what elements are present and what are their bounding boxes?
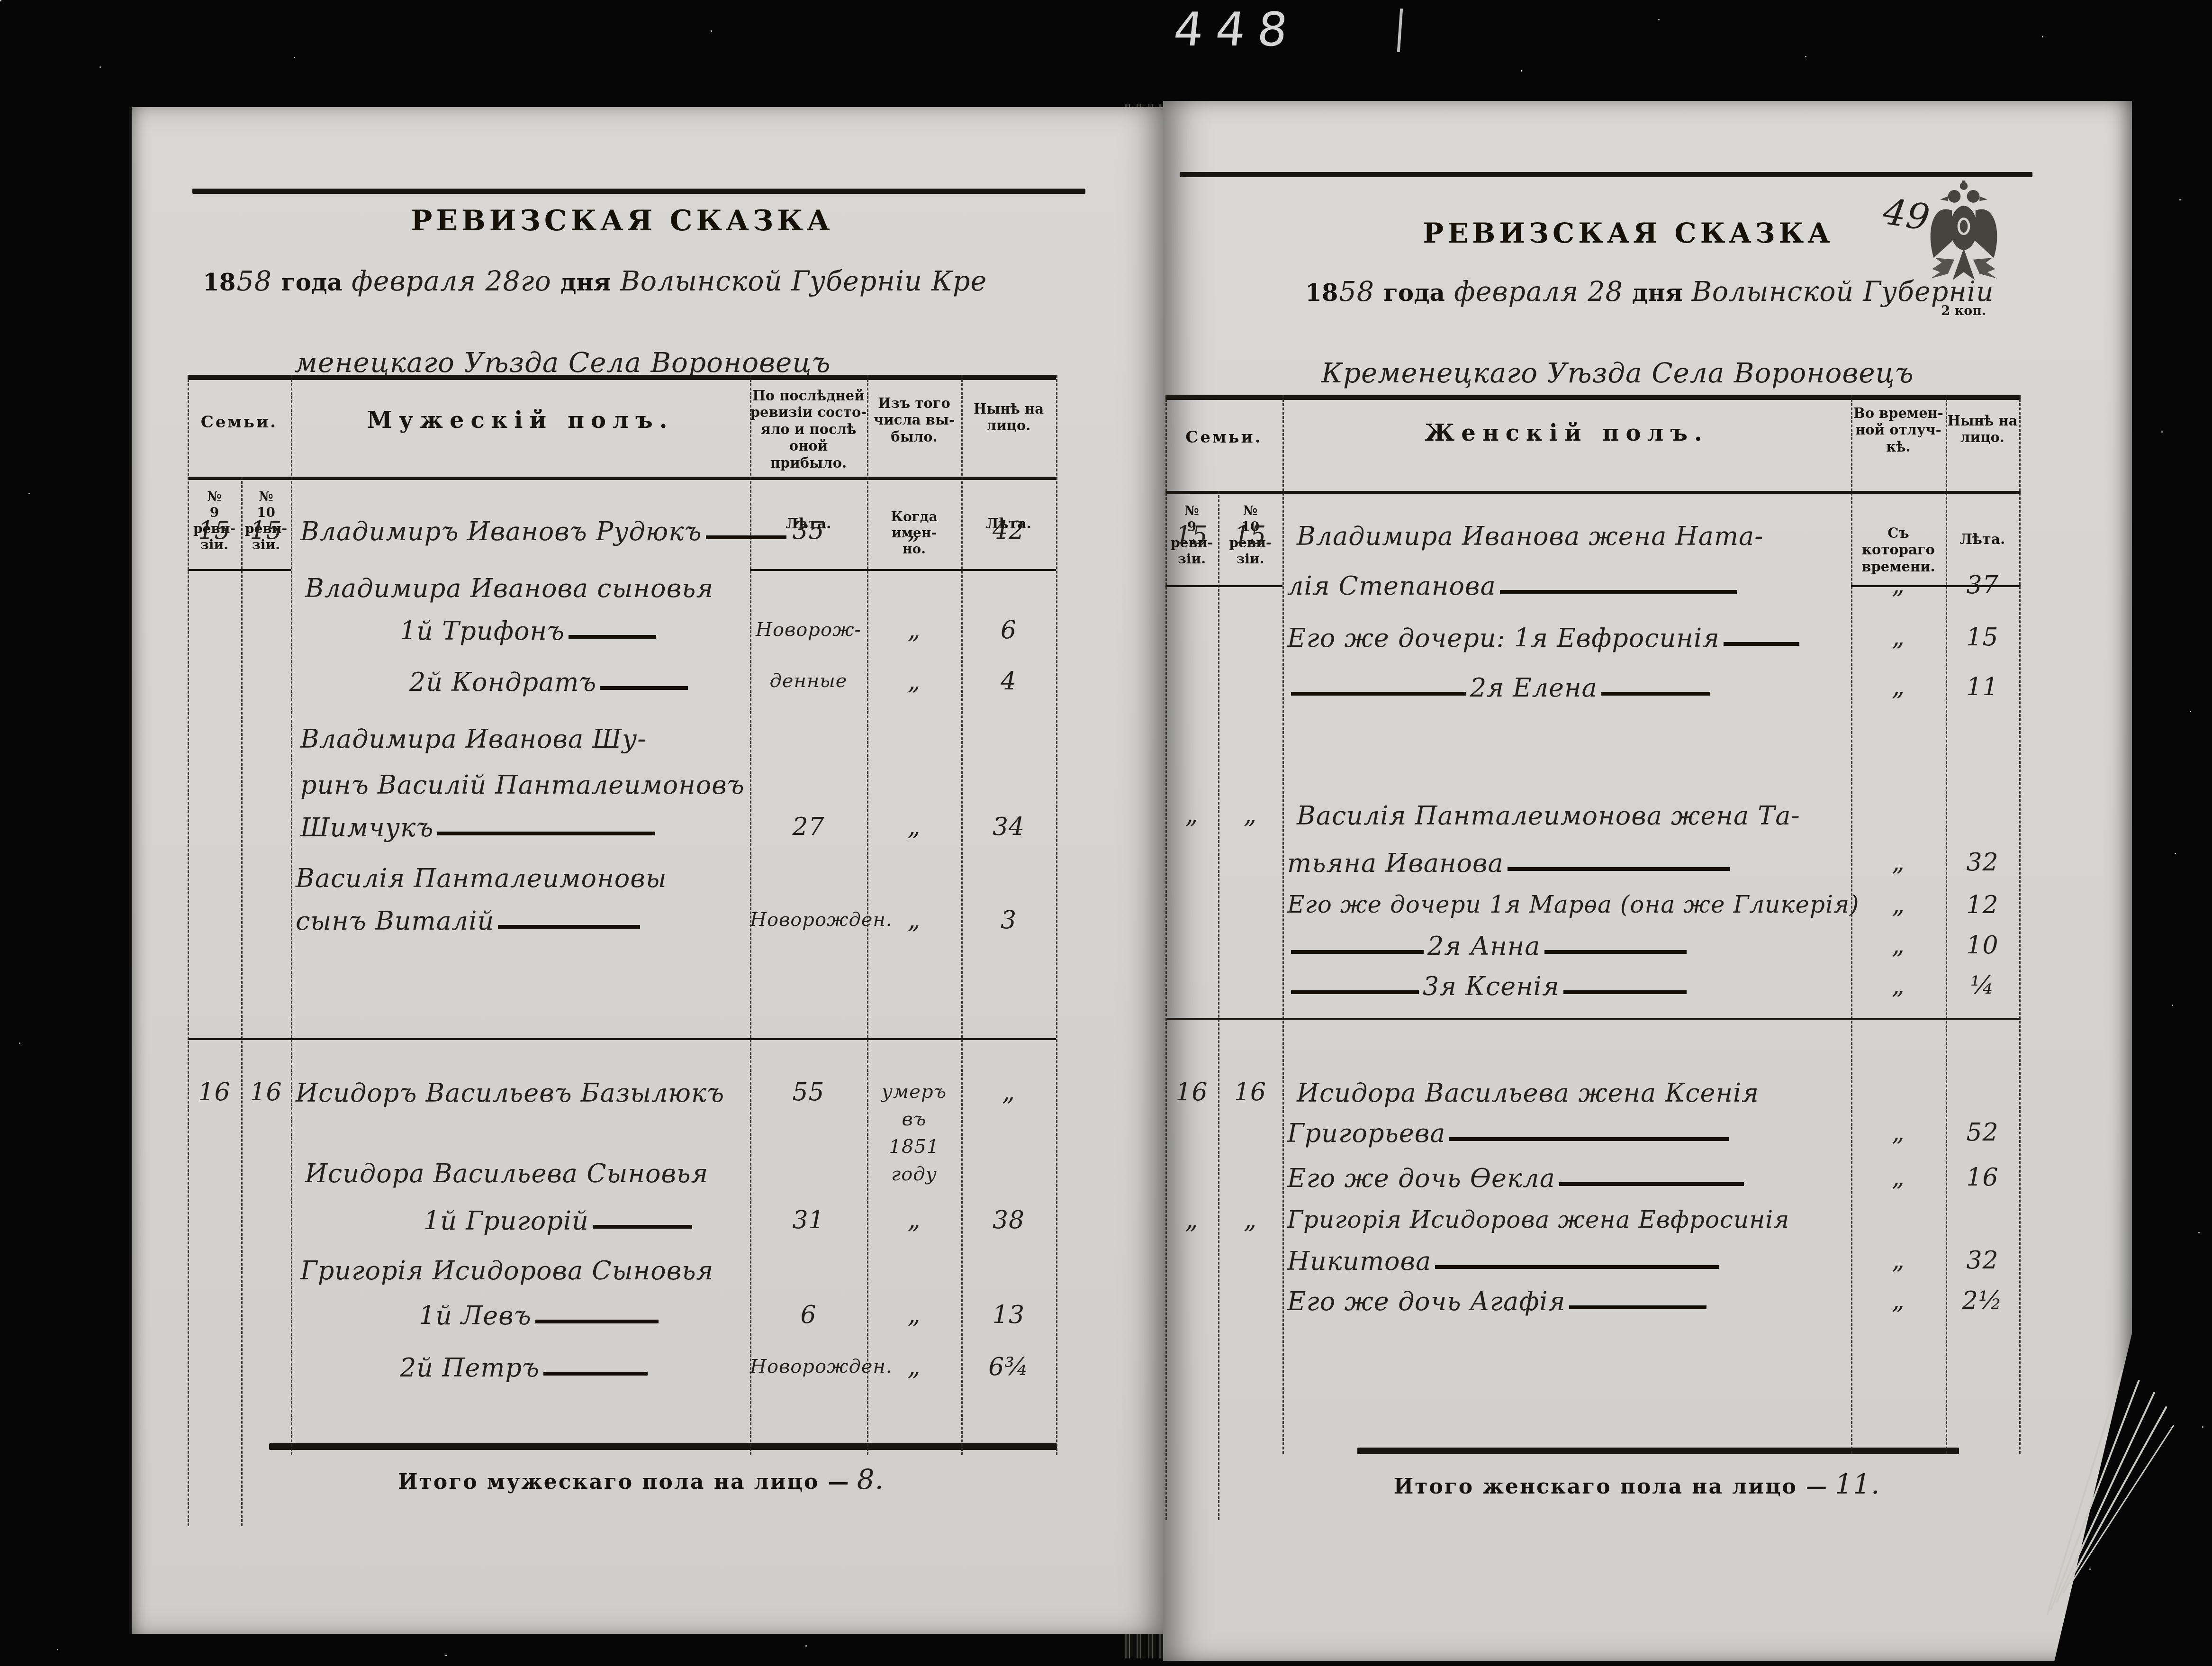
- lead-underline: [1291, 692, 1466, 696]
- age-now: 15: [1946, 623, 2019, 652]
- since-when: „: [1851, 891, 1946, 919]
- entry-text: Исидоръ Васильевъ Базылюкъ: [296, 1078, 724, 1108]
- entry-text: Григорьева: [1287, 1118, 1733, 1148]
- age-now: „: [961, 1078, 1056, 1106]
- handwritten-governorate: Волынской Губерніи Кре: [620, 266, 987, 297]
- handwritten-month-day: февраля 28: [1454, 276, 1623, 308]
- since-when: „: [1851, 623, 1946, 652]
- entry-text: 2й Петръ: [400, 1353, 651, 1383]
- since-when: „: [1851, 571, 1946, 599]
- column-header-last-revision: По послѣдней ревизіи состо- яло и послѣ …: [750, 388, 867, 471]
- printed-word-goda: года: [1383, 279, 1445, 307]
- underline: [437, 832, 655, 835]
- underline: [600, 686, 688, 690]
- underline: [1544, 950, 1687, 954]
- printed-year-prefix: 18: [1305, 279, 1338, 307]
- place-line: менецкаго Уѣзда Села Вороновецъ: [288, 346, 837, 379]
- handwritten-governorate: Волынской Губерніи: [1692, 276, 1994, 308]
- table-top-rule: [188, 375, 1056, 380]
- since-when: „: [1851, 1286, 1946, 1315]
- underline: [1435, 1265, 1719, 1269]
- entry-text: Григорія Исидорова жена Евфросинія: [1287, 1206, 1789, 1233]
- family-number-10th: „: [1218, 1206, 1282, 1234]
- female-total-line: Итого женскаго пола на лицо —11.: [1305, 1468, 1968, 1500]
- left-page-male-register: РЕВИЗСКАЯ СКАЗКА 1858 года февраля 28го …: [129, 107, 1167, 1634]
- entry-text: 2я Анна: [1287, 931, 1690, 961]
- header-bottom-rule-left: [188, 569, 291, 571]
- entry-text: Исидора Васильева жена Ксенія: [1297, 1078, 1759, 1108]
- revision-title: РЕВИЗСКАЯ СКАЗКА: [188, 204, 1057, 237]
- family-number-10th: 15: [241, 516, 291, 545]
- revision-title: РЕВИЗСКАЯ СКАЗКА: [1282, 217, 1974, 249]
- when-departed: „: [867, 813, 961, 841]
- underline: [1508, 867, 1730, 871]
- underline: [498, 925, 640, 929]
- underline: [1500, 590, 1737, 594]
- entry-text: Его же дочери 1я Марѳа (она же Гликерія): [1287, 891, 1860, 918]
- total-label: Итого мужескаго пола на лицо —: [398, 1470, 850, 1494]
- entry-text: Василія Панталеимонова жена Та-: [1297, 801, 1800, 831]
- age-now: 6: [961, 616, 1056, 644]
- entry-text: 1й Григорій: [424, 1206, 696, 1236]
- col-divider-rev9-rev10: [241, 477, 243, 1526]
- date-line: 1858 года февраля 28го дня Волынской Губ…: [203, 266, 993, 297]
- entry-text: Владимира Иванова Шу-: [300, 724, 647, 754]
- entry-text: тьяна Иванова: [1287, 848, 1734, 878]
- column-header-now-present: Нынѣ на лицо.: [961, 401, 1056, 435]
- entry-text: Шимчукъ: [300, 813, 659, 842]
- underline: [1563, 990, 1687, 994]
- entry-text: 2й Кондратъ: [409, 667, 692, 697]
- when-departed: „: [867, 516, 961, 545]
- date-line: 1858 года февраля 28 дня Волынской Губер…: [1305, 276, 2001, 308]
- column-header-families: Семьи.: [188, 413, 291, 432]
- underline: [1569, 1305, 1706, 1309]
- col-divider-names: [291, 375, 292, 1455]
- family-number-9th: 16: [1165, 1078, 1218, 1106]
- age-now: 13: [961, 1301, 1056, 1329]
- entry-text: Его же дочери: 1я Евфросинія: [1287, 623, 1803, 653]
- when-departed: умеръ въ 1851 году: [867, 1078, 961, 1188]
- age-last-revision: Новорожден.: [750, 906, 867, 933]
- place-line: Кременецкаго Уѣзда Села Вороновецъ: [1315, 357, 1921, 389]
- column-header-now-present: Нынѣ на лицо.: [1946, 413, 2019, 446]
- underline: [1559, 1182, 1744, 1186]
- table-border-right: [1056, 375, 1057, 1455]
- entry-text: ринъ Василій Панталеимоновъ: [300, 770, 745, 800]
- header-bottom-rule-left: [1165, 585, 1282, 587]
- age-last-revision: 27: [750, 813, 867, 841]
- total-rule: [269, 1443, 1057, 1450]
- when-departed: „: [867, 1353, 961, 1381]
- male-total-line: Итого мужескаго пола на лицо —8.: [298, 1463, 984, 1495]
- age-now: 38: [961, 1206, 1056, 1234]
- handwritten-year: 58: [1339, 276, 1375, 308]
- entry-text: Никитова: [1287, 1246, 1723, 1276]
- family-number-10th: „: [1218, 801, 1282, 829]
- age-now: 32: [1946, 1246, 2019, 1275]
- column-header-male-sex: Мужескій полъ.: [291, 407, 750, 435]
- when-departed: „: [867, 616, 961, 644]
- handwritten-uyezd-village: Кременецкаго Уѣзда Села Вороновецъ: [1321, 357, 1914, 389]
- since-when: „: [1851, 1163, 1946, 1192]
- underline: [569, 635, 656, 639]
- col-divider-rev9-rev10: [1218, 491, 1219, 1520]
- since-when: „: [1851, 1246, 1946, 1275]
- age-now: 42: [961, 516, 1056, 545]
- entry-text: Владимира Иванова жена Ната-: [1297, 521, 1764, 551]
- film-dust-speckles: [0, 0, 1, 1]
- underline: [543, 1372, 648, 1376]
- underline: [593, 1225, 692, 1229]
- entry-text: Владимира Иванова сыновья: [305, 573, 713, 603]
- age-now: 12: [1946, 891, 2019, 919]
- family-number-9th: „: [1165, 801, 1218, 829]
- entry-text: 1й Трифонъ: [400, 616, 660, 646]
- age-now: 32: [1946, 848, 2019, 877]
- family-divider-rule: [1165, 1018, 2021, 1020]
- age-last-revision: Новорож-: [750, 616, 867, 643]
- since-when: „: [1851, 971, 1946, 1000]
- total-label: Итого женскаго пола на лицо —: [1394, 1475, 1828, 1499]
- total-rule: [1357, 1448, 1959, 1454]
- age-now: 2½: [1946, 1286, 2019, 1315]
- handwritten-month-day: февраля 28го: [352, 266, 551, 297]
- col-divider-names: [1282, 395, 1284, 1454]
- printed-year-prefix: 18: [203, 268, 236, 296]
- when-departed: „: [867, 1301, 961, 1329]
- since-when: „: [1851, 673, 1946, 701]
- age-now: 10: [1946, 931, 2019, 960]
- page-top-border: [1180, 172, 2032, 177]
- underline: [535, 1320, 659, 1323]
- printed-word-dnya: дня: [1632, 279, 1683, 307]
- lead-underline: [1291, 950, 1424, 954]
- underline: [1724, 642, 1799, 646]
- when-departed: „: [867, 1206, 961, 1234]
- total-value: 8.: [857, 1463, 884, 1495]
- table-border-right: [2019, 395, 2021, 1454]
- age-last-revision: 31: [750, 1206, 867, 1234]
- age-now: 11: [1946, 673, 2019, 701]
- age-now: 4: [961, 667, 1056, 696]
- entry-text: Исидора Васильева Сыновья: [305, 1159, 708, 1188]
- entry-text: Владимиръ Ивановъ Рудюкъ: [300, 516, 790, 546]
- entry-text: 1й Левъ: [419, 1301, 662, 1331]
- entry-text: лія Степанова: [1287, 571, 1741, 601]
- age-now: ¼: [1946, 971, 2019, 1000]
- family-number-10th: 16: [1218, 1078, 1282, 1106]
- header-band-separator: [188, 477, 1056, 480]
- age-last-revision: денные: [750, 667, 867, 695]
- age-last-revision: 55: [750, 1078, 867, 1106]
- header-bottom-rule-right: [750, 569, 1056, 571]
- age-now: 34: [961, 813, 1056, 841]
- entry-text: Григорія Исидорова Сыновья: [300, 1256, 713, 1286]
- age-now: 3: [961, 906, 1056, 934]
- family-number-9th: „: [1165, 1206, 1218, 1234]
- age-now: 52: [1946, 1118, 2019, 1147]
- age-last-revision: 6: [750, 1301, 867, 1329]
- age-last-revision: Новорожден.: [750, 1353, 867, 1380]
- page-top-border: [192, 189, 1085, 194]
- entry-text: Его же дочь Агафія: [1287, 1286, 1710, 1316]
- handwritten-uyezd-village: менецкаго Уѣзда Села Вороновецъ: [295, 346, 831, 379]
- underline: [1449, 1137, 1729, 1141]
- family-divider-rule: [188, 1038, 1056, 1040]
- column-header-departed: Изъ того числа вы- было.: [867, 395, 961, 445]
- family-number-10th: 16: [241, 1078, 291, 1106]
- subheader-since-when: Съ котораго времени.: [1851, 525, 1946, 575]
- microfilm-frame-tick: [1397, 9, 1403, 52]
- entry-text: Его же дочь Ѳекла: [1287, 1163, 1748, 1193]
- subheader-years: Лѣта.: [1946, 531, 2019, 549]
- family-number-9th: 16: [188, 1078, 241, 1106]
- entry-text: 2я Елена: [1287, 673, 1714, 703]
- since-when: „: [1851, 931, 1946, 960]
- microfilm-frame-number: 448: [1171, 3, 1302, 57]
- since-when: „: [1851, 1118, 1946, 1147]
- entry-text: 3я Ксенія: [1287, 971, 1690, 1001]
- header-band-separator: [1165, 491, 2021, 494]
- entry-text: сынъ Виталій: [296, 906, 644, 936]
- column-header-female-sex: Женскій полъ.: [1282, 419, 1851, 447]
- age-last-revision: 35: [750, 516, 867, 545]
- lead-underline: [1291, 990, 1419, 994]
- family-number-9th: 15: [1165, 521, 1218, 550]
- family-number-9th: 15: [188, 516, 241, 545]
- family-number-10th: 15: [1218, 521, 1282, 550]
- column-header-families: Семьи.: [1165, 428, 1282, 447]
- age-now: 37: [1946, 571, 2019, 599]
- column-header-temporary-absence: Во времен- ной отлуч- кѣ.: [1851, 405, 1946, 455]
- handwritten-year: 58: [237, 266, 272, 297]
- table-top-rule: [1165, 395, 2021, 400]
- total-value: 11.: [1835, 1468, 1880, 1500]
- underline: [1601, 692, 1710, 696]
- when-departed: „: [867, 906, 961, 934]
- since-when: „: [1851, 848, 1946, 877]
- when-departed: „: [867, 667, 961, 696]
- entry-text: Василія Панталеимоновы: [296, 863, 667, 893]
- printed-word-goda: года: [281, 268, 343, 296]
- age-now: 6¾: [961, 1353, 1056, 1381]
- age-now: 16: [1946, 1163, 2019, 1192]
- printed-word-dnya: дня: [560, 268, 611, 296]
- right-page-female-register: 49 2 коп. РЕВИЗСКАЯ СКАЗКА 1858 года фев…: [1163, 101, 2132, 1661]
